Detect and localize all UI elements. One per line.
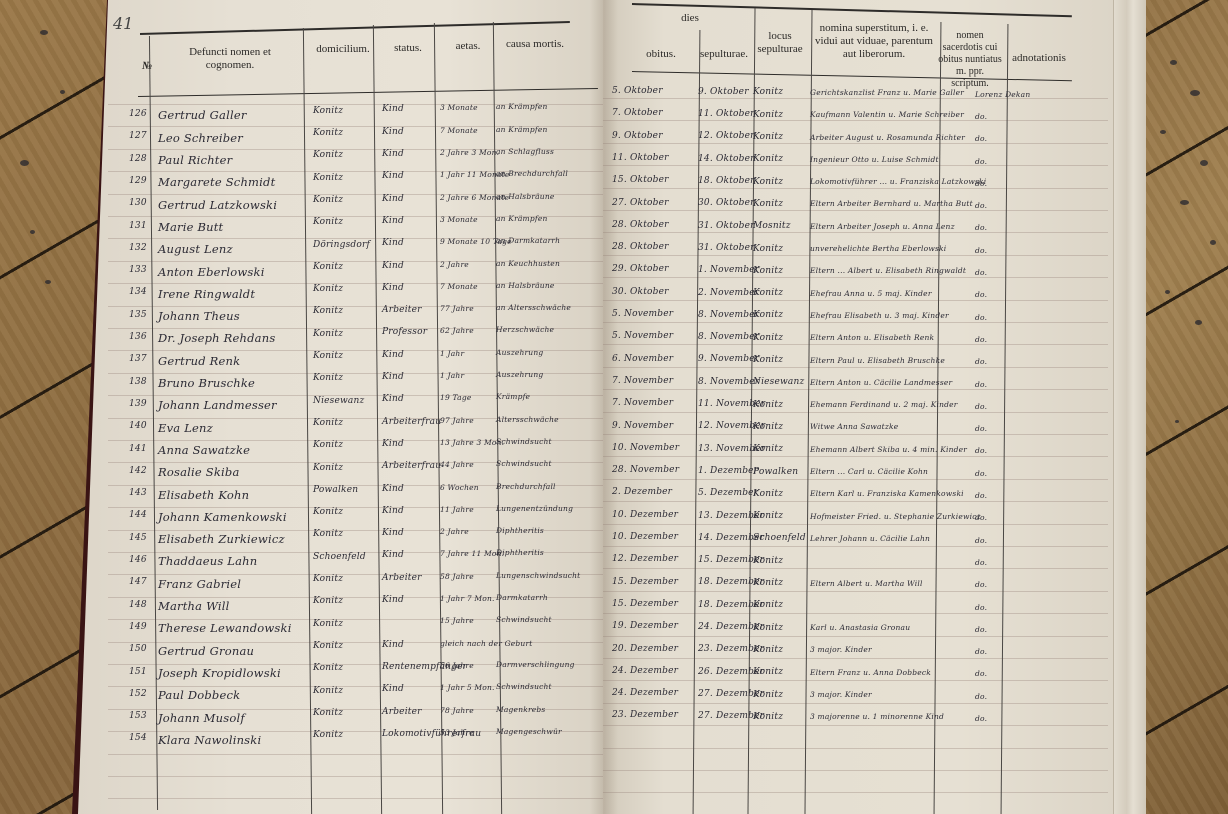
entry-place: Konitz bbox=[753, 444, 783, 454]
entry-survivors: Gerichtskanzlist Franz u. Marie Galler bbox=[810, 88, 964, 97]
entry-place: Konitz bbox=[753, 600, 783, 610]
entry-cause: Herzschwäche bbox=[496, 325, 554, 334]
entry-death: 10. November bbox=[612, 443, 679, 453]
entry-no: 130 bbox=[129, 198, 147, 208]
entry-no: 153 bbox=[129, 711, 147, 721]
entry-survivors: Eltern ... Carl u. Cäcilie Kohn bbox=[810, 467, 928, 476]
entry-no: 141 bbox=[129, 444, 147, 454]
entry-age: 58 Jahre bbox=[440, 572, 474, 581]
entry-name: Bruno Bruschke bbox=[158, 376, 255, 390]
entry-survivors: 3 major. Kinder bbox=[810, 690, 872, 699]
entry-no: 129 bbox=[129, 176, 147, 186]
entry-cause: an Keuchhusten bbox=[496, 259, 560, 268]
entry-priest: do. bbox=[975, 513, 987, 522]
ruled-line-right bbox=[603, 524, 1108, 525]
entry-survivors: 3 majorenne u. 1 minorenne Kind bbox=[810, 712, 944, 721]
entry-place: Konitz bbox=[753, 623, 783, 633]
entry-age: 2 Jahre bbox=[440, 527, 469, 536]
entry-death: 9. Oktober bbox=[612, 131, 663, 141]
entry-age: 6 Wochen bbox=[440, 483, 479, 492]
entry-name: Martha Will bbox=[158, 599, 230, 613]
ruled-line-right bbox=[603, 479, 1108, 480]
ink-stain bbox=[1170, 60, 1177, 65]
entry-survivors: Eltern Anton u. Cäcilie Landmesser bbox=[810, 378, 952, 387]
ink-stain bbox=[60, 90, 65, 94]
entry-no: 149 bbox=[129, 622, 147, 632]
entry-domicile: Konitz bbox=[313, 351, 343, 361]
entry-survivors: Eltern Arbeiter Joseph u. Anna Lenz bbox=[810, 222, 955, 231]
entry-status: Kind bbox=[382, 194, 404, 204]
ruled-line-right bbox=[603, 98, 1108, 99]
ruled-line-right bbox=[603, 389, 1108, 390]
ruled-line-right bbox=[603, 188, 1108, 189]
entry-survivors: Eltern ... Albert u. Elisabeth Ringwaldt bbox=[810, 266, 966, 275]
entry-priest: do. bbox=[975, 491, 987, 500]
entry-status: Kind bbox=[382, 149, 404, 159]
header-notes: adnotationis bbox=[1006, 52, 1072, 65]
entry-death: 28. Oktober bbox=[612, 242, 669, 252]
header-burial-date: sepulturae. bbox=[697, 48, 751, 61]
entry-no: 140 bbox=[129, 421, 147, 431]
entry-age: 62 Jahre bbox=[440, 326, 474, 335]
header-death-date: obitus. bbox=[630, 48, 692, 61]
ruled-line-right bbox=[603, 636, 1108, 637]
entry-death: 28. Oktober bbox=[612, 220, 669, 230]
entry-cause: Diphtheritis bbox=[496, 548, 544, 557]
entry-survivors: Lehrer Johann u. Cäcilie Lahn bbox=[810, 534, 930, 543]
entry-status: Professor bbox=[382, 327, 427, 337]
ink-stain bbox=[20, 160, 29, 166]
entry-survivors: Ehemann Ferdinand u. 2 maj. Kinder bbox=[810, 400, 958, 409]
entry-burial: 1. Dezember bbox=[698, 466, 758, 476]
entry-age: 3 Monate bbox=[440, 103, 478, 112]
entry-no: 145 bbox=[129, 533, 147, 543]
entry-cause: Brechdurchfall bbox=[496, 482, 556, 491]
entry-no: 128 bbox=[129, 154, 147, 164]
ink-stain bbox=[40, 30, 48, 35]
entry-survivors: Hofmeister Fried. u. Stephanie Zurkiewic… bbox=[810, 512, 981, 521]
entry-status: Arbeiterfrau bbox=[382, 417, 441, 427]
entry-burial: 14. Oktober bbox=[698, 154, 755, 164]
entry-domicile: Konitz bbox=[313, 106, 343, 116]
entry-status: Kind bbox=[382, 439, 404, 449]
entry-cause: Auszehrung bbox=[496, 348, 543, 357]
ruled-line-right bbox=[603, 501, 1108, 502]
entry-no: 154 bbox=[129, 733, 147, 743]
ruled-line-right bbox=[603, 277, 1108, 278]
entry-age: 1 Jahr bbox=[440, 371, 464, 380]
entry-survivors: Witwe Anna Sawatzke bbox=[810, 422, 898, 431]
entry-cause: Darmverschlingung bbox=[496, 660, 575, 669]
entry-burial: 8. November bbox=[698, 377, 759, 387]
entry-age: 1 Jahr 5 Mon. bbox=[440, 683, 495, 692]
entry-no: 142 bbox=[129, 466, 147, 476]
entry-place: Konitz bbox=[753, 154, 783, 164]
entry-death: 19. Dezember bbox=[612, 621, 678, 631]
entry-age: 7 Monate bbox=[440, 126, 478, 135]
page-number: 41 bbox=[113, 14, 133, 33]
entry-name: Johann Musolf bbox=[158, 711, 245, 725]
entry-name: Paul Richter bbox=[158, 153, 232, 167]
entry-age: 13 Jahre 3 Mon. bbox=[440, 438, 504, 447]
entry-status: Arbeiter bbox=[382, 573, 422, 583]
ink-stain bbox=[1165, 290, 1170, 294]
entry-no: 152 bbox=[129, 689, 147, 699]
entry-age: 44 Jahre bbox=[440, 460, 474, 469]
entry-burial: 9. Oktober bbox=[698, 87, 749, 97]
header-age: aetas. bbox=[440, 40, 496, 53]
entry-no: 139 bbox=[129, 399, 147, 409]
entry-survivors: Eltern Karl u. Franziska Kamenkowski bbox=[810, 489, 964, 498]
entry-age: 66 Jahre bbox=[440, 661, 474, 670]
entry-place: Konitz bbox=[753, 556, 783, 566]
entry-place: Konitz bbox=[753, 110, 783, 120]
ruled-line-right bbox=[603, 680, 1108, 681]
entry-priest: do. bbox=[975, 469, 987, 478]
entry-cause: Magengeschwür bbox=[496, 727, 562, 736]
entry-death: 28. November bbox=[612, 465, 679, 475]
entry-death: 10. Dezember bbox=[612, 532, 678, 542]
entry-age: 78 Jahre bbox=[440, 706, 474, 715]
entry-status: Kind bbox=[382, 550, 404, 560]
ink-stain bbox=[30, 230, 35, 234]
entry-name: Therese Lewandowski bbox=[158, 621, 292, 635]
entry-no: 134 bbox=[129, 287, 147, 297]
entry-priest: do. bbox=[975, 335, 987, 344]
entry-age: 7 Jahre 11 Mon. bbox=[440, 549, 504, 558]
entry-cause: an Darmkatarrh bbox=[496, 236, 560, 245]
entry-death: 15. Dezember bbox=[612, 599, 678, 609]
entry-name: Klara Nawolinski bbox=[158, 733, 261, 747]
entry-survivors: unverehelichte Bertha Eberlowski bbox=[810, 244, 946, 253]
entry-survivors: Lokomotivführer ... u. Franziska Latzkow… bbox=[810, 177, 986, 186]
entry-domicile: Konitz bbox=[313, 619, 343, 629]
entry-name: August Lenz bbox=[158, 242, 233, 256]
entry-burial: 12. Oktober bbox=[698, 131, 755, 141]
ruled-line-right bbox=[603, 770, 1108, 771]
entry-name: Eva Lenz bbox=[158, 421, 213, 435]
entry-cause: an Brechdurchfall bbox=[496, 169, 568, 178]
entry-priest: do. bbox=[975, 357, 987, 366]
entry-no: 143 bbox=[129, 488, 147, 498]
entry-domicile: Konitz bbox=[313, 708, 343, 718]
entry-cause: an Halsbräune bbox=[496, 192, 555, 201]
entry-cause: Schwindsucht bbox=[496, 459, 552, 468]
entry-priest: do. bbox=[975, 714, 987, 723]
entry-domicile: Konitz bbox=[313, 730, 343, 740]
entry-place: Konitz bbox=[753, 667, 783, 677]
ruled-line-left bbox=[108, 776, 603, 777]
entry-place: Konitz bbox=[753, 690, 783, 700]
entry-place: Konitz bbox=[753, 87, 783, 97]
entry-domicile: Konitz bbox=[313, 173, 343, 183]
entry-cause: an Halsbräune bbox=[496, 281, 555, 290]
entry-death: 5. November bbox=[612, 331, 673, 341]
entry-survivors: Eltern Arbeiter Bernhard u. Martha Butt bbox=[810, 199, 973, 208]
ruled-line-right bbox=[603, 344, 1108, 345]
entry-death: 24. Dezember bbox=[612, 666, 678, 676]
entry-status: Kind bbox=[382, 238, 404, 248]
entry-priest: do. bbox=[975, 692, 987, 701]
entry-burial: 2. November bbox=[698, 288, 759, 298]
entry-domicile: Konitz bbox=[313, 663, 343, 673]
entry-domicile: Konitz bbox=[313, 529, 343, 539]
entry-status: Kind bbox=[382, 684, 404, 694]
entry-death: 20. Dezember bbox=[612, 644, 678, 654]
entry-no: 137 bbox=[129, 354, 147, 364]
entry-death: 6. November bbox=[612, 354, 673, 364]
entry-domicile: Konitz bbox=[313, 641, 343, 651]
entry-cause: an Krämpfen bbox=[496, 214, 548, 223]
entry-death: 15. Dezember bbox=[612, 577, 678, 587]
header-dies: dies bbox=[660, 12, 720, 25]
entry-name: Gertrud Gronau bbox=[158, 644, 254, 658]
entry-survivors: Ehefrau Elisabeth u. 3 maj. Kinder bbox=[810, 311, 949, 320]
entry-priest: do. bbox=[975, 536, 987, 545]
entry-status: Kind bbox=[382, 104, 404, 114]
entry-priest: do. bbox=[975, 157, 987, 166]
entry-name: Johann Kamenkowski bbox=[158, 510, 287, 524]
ruled-line-left bbox=[108, 798, 603, 799]
entry-status: Kind bbox=[382, 261, 404, 271]
entry-place: Konitz bbox=[753, 511, 783, 521]
entry-domicile: Niesewanz bbox=[313, 396, 364, 406]
entry-priest: do. bbox=[975, 223, 987, 232]
entry-domicile: Konitz bbox=[313, 329, 343, 339]
entry-death: 29. Oktober bbox=[612, 264, 669, 274]
entry-place: Konitz bbox=[753, 400, 783, 410]
entry-burial: 31. Oktober bbox=[698, 221, 755, 231]
ink-stain bbox=[1195, 320, 1202, 325]
ruled-line-right bbox=[603, 322, 1108, 323]
entry-priest: do. bbox=[975, 134, 987, 143]
ruled-line-right bbox=[603, 613, 1108, 614]
entry-domicile: Konitz bbox=[313, 306, 343, 316]
entry-place: Konitz bbox=[753, 355, 783, 365]
entry-name: Paul Dobbeck bbox=[158, 688, 240, 702]
ruled-line-right bbox=[603, 143, 1108, 144]
entry-place: Konitz bbox=[753, 712, 783, 722]
entry-status: Kind bbox=[382, 171, 404, 181]
entry-death: 7. November bbox=[612, 376, 673, 386]
entry-death: 27. Oktober bbox=[612, 198, 669, 208]
entry-cause: Magenkrebs bbox=[496, 705, 545, 714]
entry-survivors: Arbeiter August u. Rosamunda Richter bbox=[810, 133, 965, 142]
ruled-line-right bbox=[603, 255, 1108, 256]
entry-priest: do. bbox=[975, 669, 987, 678]
entry-status: Kind bbox=[382, 640, 404, 650]
entry-name: Dr. Joseph Rehdans bbox=[158, 331, 275, 345]
entry-domicile: Schoenfeld bbox=[313, 552, 366, 562]
entry-no: 150 bbox=[129, 644, 147, 654]
entry-age: 19 Tage bbox=[440, 393, 471, 402]
entry-priest: do. bbox=[975, 402, 987, 411]
entry-cause: an Schlagfluss bbox=[496, 147, 554, 156]
entry-survivors: Ehefrau Anna u. 5 maj. Kinder bbox=[810, 289, 932, 298]
entry-place: Schoenfeld bbox=[753, 533, 806, 543]
ruled-line-left bbox=[108, 754, 603, 755]
entry-name: Johann Theus bbox=[158, 309, 240, 323]
ink-stain bbox=[1160, 130, 1166, 134]
entry-domicile: Konitz bbox=[313, 284, 343, 294]
entry-no: 133 bbox=[129, 265, 147, 275]
ruled-line-right bbox=[603, 703, 1108, 704]
entry-domicile: Konitz bbox=[313, 373, 343, 383]
entry-death: 7. November bbox=[612, 398, 673, 408]
entry-priest: do. bbox=[975, 625, 987, 634]
entry-priest: do. bbox=[975, 424, 987, 433]
entry-cause: Lungenentzündung bbox=[496, 504, 573, 513]
entry-priest: do. bbox=[975, 603, 987, 612]
entry-age: 77 Jahre bbox=[440, 304, 474, 313]
ruled-line-right bbox=[603, 165, 1108, 166]
entry-death: 11. Oktober bbox=[612, 153, 669, 163]
entry-priest: do. bbox=[975, 268, 987, 277]
entry-no: 132 bbox=[129, 243, 147, 253]
entry-survivors: 3 major. Kinder bbox=[810, 645, 872, 654]
entry-cause: an Krämpfen bbox=[496, 102, 548, 111]
entry-no: 126 bbox=[129, 109, 147, 119]
entry-domicile: Konitz bbox=[313, 150, 343, 160]
entry-cause: Auszehrung bbox=[496, 370, 543, 379]
entry-age: 3 Monate bbox=[440, 215, 478, 224]
entry-priest: do. bbox=[975, 558, 987, 567]
ink-stain bbox=[1180, 200, 1189, 205]
entry-place: Konitz bbox=[753, 489, 783, 499]
header-status: status. bbox=[380, 42, 436, 55]
entry-burial: 8. November bbox=[698, 310, 759, 320]
entry-status: Kind bbox=[382, 506, 404, 516]
entry-age: 2 Jahre 3 Mon. bbox=[440, 148, 499, 157]
entry-status: Kind bbox=[382, 372, 404, 382]
ink-stain bbox=[45, 280, 51, 284]
entry-priest: do. bbox=[975, 179, 987, 188]
entry-age: gleich nach der Geburt bbox=[440, 639, 532, 648]
entry-name: Anna Sawatzke bbox=[158, 443, 250, 457]
entry-burial: 1. November bbox=[698, 265, 759, 275]
entry-domicile: Konitz bbox=[313, 440, 343, 450]
header-domicile: domicilium. bbox=[312, 43, 374, 56]
entry-place: Konitz bbox=[753, 333, 783, 343]
entry-death: 24. Dezember bbox=[612, 688, 678, 698]
ruled-line-right bbox=[603, 210, 1108, 211]
entry-place: Konitz bbox=[753, 422, 783, 432]
ruled-line-right bbox=[603, 792, 1108, 793]
entry-place: Konitz bbox=[753, 310, 783, 320]
entry-place: Powalken bbox=[753, 467, 798, 477]
ruled-line-right bbox=[603, 591, 1108, 592]
entry-no: 148 bbox=[129, 600, 147, 610]
entry-burial: 5. Dezember bbox=[698, 488, 758, 498]
entry-death: 2. Dezember bbox=[612, 487, 672, 497]
entry-priest: Lorenz Dekan bbox=[975, 90, 1030, 99]
header-burial-place: locus sepulturae bbox=[752, 30, 808, 56]
entry-no: 131 bbox=[129, 221, 147, 231]
entry-domicile: Konitz bbox=[313, 686, 343, 696]
entry-priest: do. bbox=[975, 580, 987, 589]
entry-place: Konitz bbox=[753, 132, 783, 142]
entry-no: 144 bbox=[129, 510, 147, 520]
header-priest: nomen sacerdotis cui obitus nuntiatus m.… bbox=[936, 30, 1004, 90]
entry-no: 127 bbox=[129, 131, 147, 141]
entry-cause: Altersschwäche bbox=[496, 415, 559, 424]
entry-name: Thaddaeus Lahn bbox=[158, 554, 257, 568]
ruled-line-right bbox=[603, 568, 1108, 569]
ruled-line-right bbox=[603, 412, 1108, 413]
entry-status: Kind bbox=[382, 350, 404, 360]
ruled-line-right bbox=[603, 658, 1108, 659]
entry-name: Leo Schreiber bbox=[158, 131, 243, 145]
entry-domicile: Konitz bbox=[313, 262, 343, 272]
entry-age: 15 Jahre bbox=[440, 616, 474, 625]
entry-domicile: Konitz bbox=[313, 217, 343, 227]
entry-no: 151 bbox=[129, 667, 147, 677]
entry-domicile: Konitz bbox=[313, 195, 343, 205]
header-cause: causa mortis. bbox=[499, 38, 571, 51]
entry-status: Arbeiter bbox=[382, 707, 422, 717]
entry-status: Kind bbox=[382, 484, 404, 494]
entry-survivors: Eltern Albert u. Martha Will bbox=[810, 579, 923, 588]
entry-death: 15. Oktober bbox=[612, 175, 669, 185]
entry-domicile: Konitz bbox=[313, 418, 343, 428]
entry-status: Kind bbox=[382, 127, 404, 137]
entry-death: 9. November bbox=[612, 421, 673, 431]
entry-name: Joseph Kropidlowski bbox=[158, 666, 281, 680]
header-number: № bbox=[138, 60, 156, 73]
entry-death: 30. Oktober bbox=[612, 287, 669, 297]
ink-stain bbox=[1190, 90, 1200, 96]
entry-domicile: Konitz bbox=[313, 463, 343, 473]
entry-place: Konitz bbox=[753, 266, 783, 276]
entry-survivors: Eltern Paul u. Elisabeth Bruschke bbox=[810, 356, 945, 365]
entry-place: Mosnitz bbox=[753, 221, 791, 231]
entry-priest: do. bbox=[975, 313, 987, 322]
entry-name: Anton Eberlowski bbox=[158, 265, 265, 279]
entry-cause: Schwindsucht bbox=[496, 437, 552, 446]
entry-priest: do. bbox=[975, 380, 987, 389]
ruled-line-right bbox=[603, 367, 1108, 368]
entry-status: Kind bbox=[382, 528, 404, 538]
entry-name: Gertrud Galler bbox=[158, 108, 247, 122]
entry-priest: do. bbox=[975, 201, 987, 210]
entry-place: Konitz bbox=[753, 177, 783, 187]
ruled-line-right bbox=[603, 434, 1108, 435]
entry-name: Rosalie Skiba bbox=[158, 465, 240, 479]
entry-status: Kind bbox=[382, 283, 404, 293]
entry-status: Kind bbox=[382, 216, 404, 226]
entry-burial: 31. Oktober bbox=[698, 243, 755, 253]
ruled-line-right bbox=[603, 300, 1108, 301]
entry-place: Niesewanz bbox=[753, 377, 804, 387]
entry-domicile: Konitz bbox=[313, 596, 343, 606]
entry-place: Konitz bbox=[753, 199, 783, 209]
entry-priest: do. bbox=[975, 112, 987, 121]
entry-place: Konitz bbox=[753, 288, 783, 298]
entry-survivors: Kaufmann Valentin u. Marie Schreiber bbox=[810, 110, 964, 119]
entry-priest: do. bbox=[975, 290, 987, 299]
entry-place: Konitz bbox=[753, 645, 783, 655]
entry-name: Margarete Schmidt bbox=[158, 175, 275, 189]
entry-priest: do. bbox=[975, 446, 987, 455]
entry-status: Kind bbox=[382, 394, 404, 404]
ruled-line-right bbox=[603, 456, 1108, 457]
entry-domicile: Döringsdorf bbox=[313, 240, 370, 250]
entry-name: Marie Butt bbox=[158, 220, 223, 234]
entry-cause: Krämpfe bbox=[496, 392, 530, 401]
entry-death: 5. November bbox=[612, 309, 673, 319]
entry-age: 1 Jahr bbox=[440, 349, 464, 358]
entry-survivors: Eltern Franz u. Anna Dobbeck bbox=[810, 668, 931, 677]
